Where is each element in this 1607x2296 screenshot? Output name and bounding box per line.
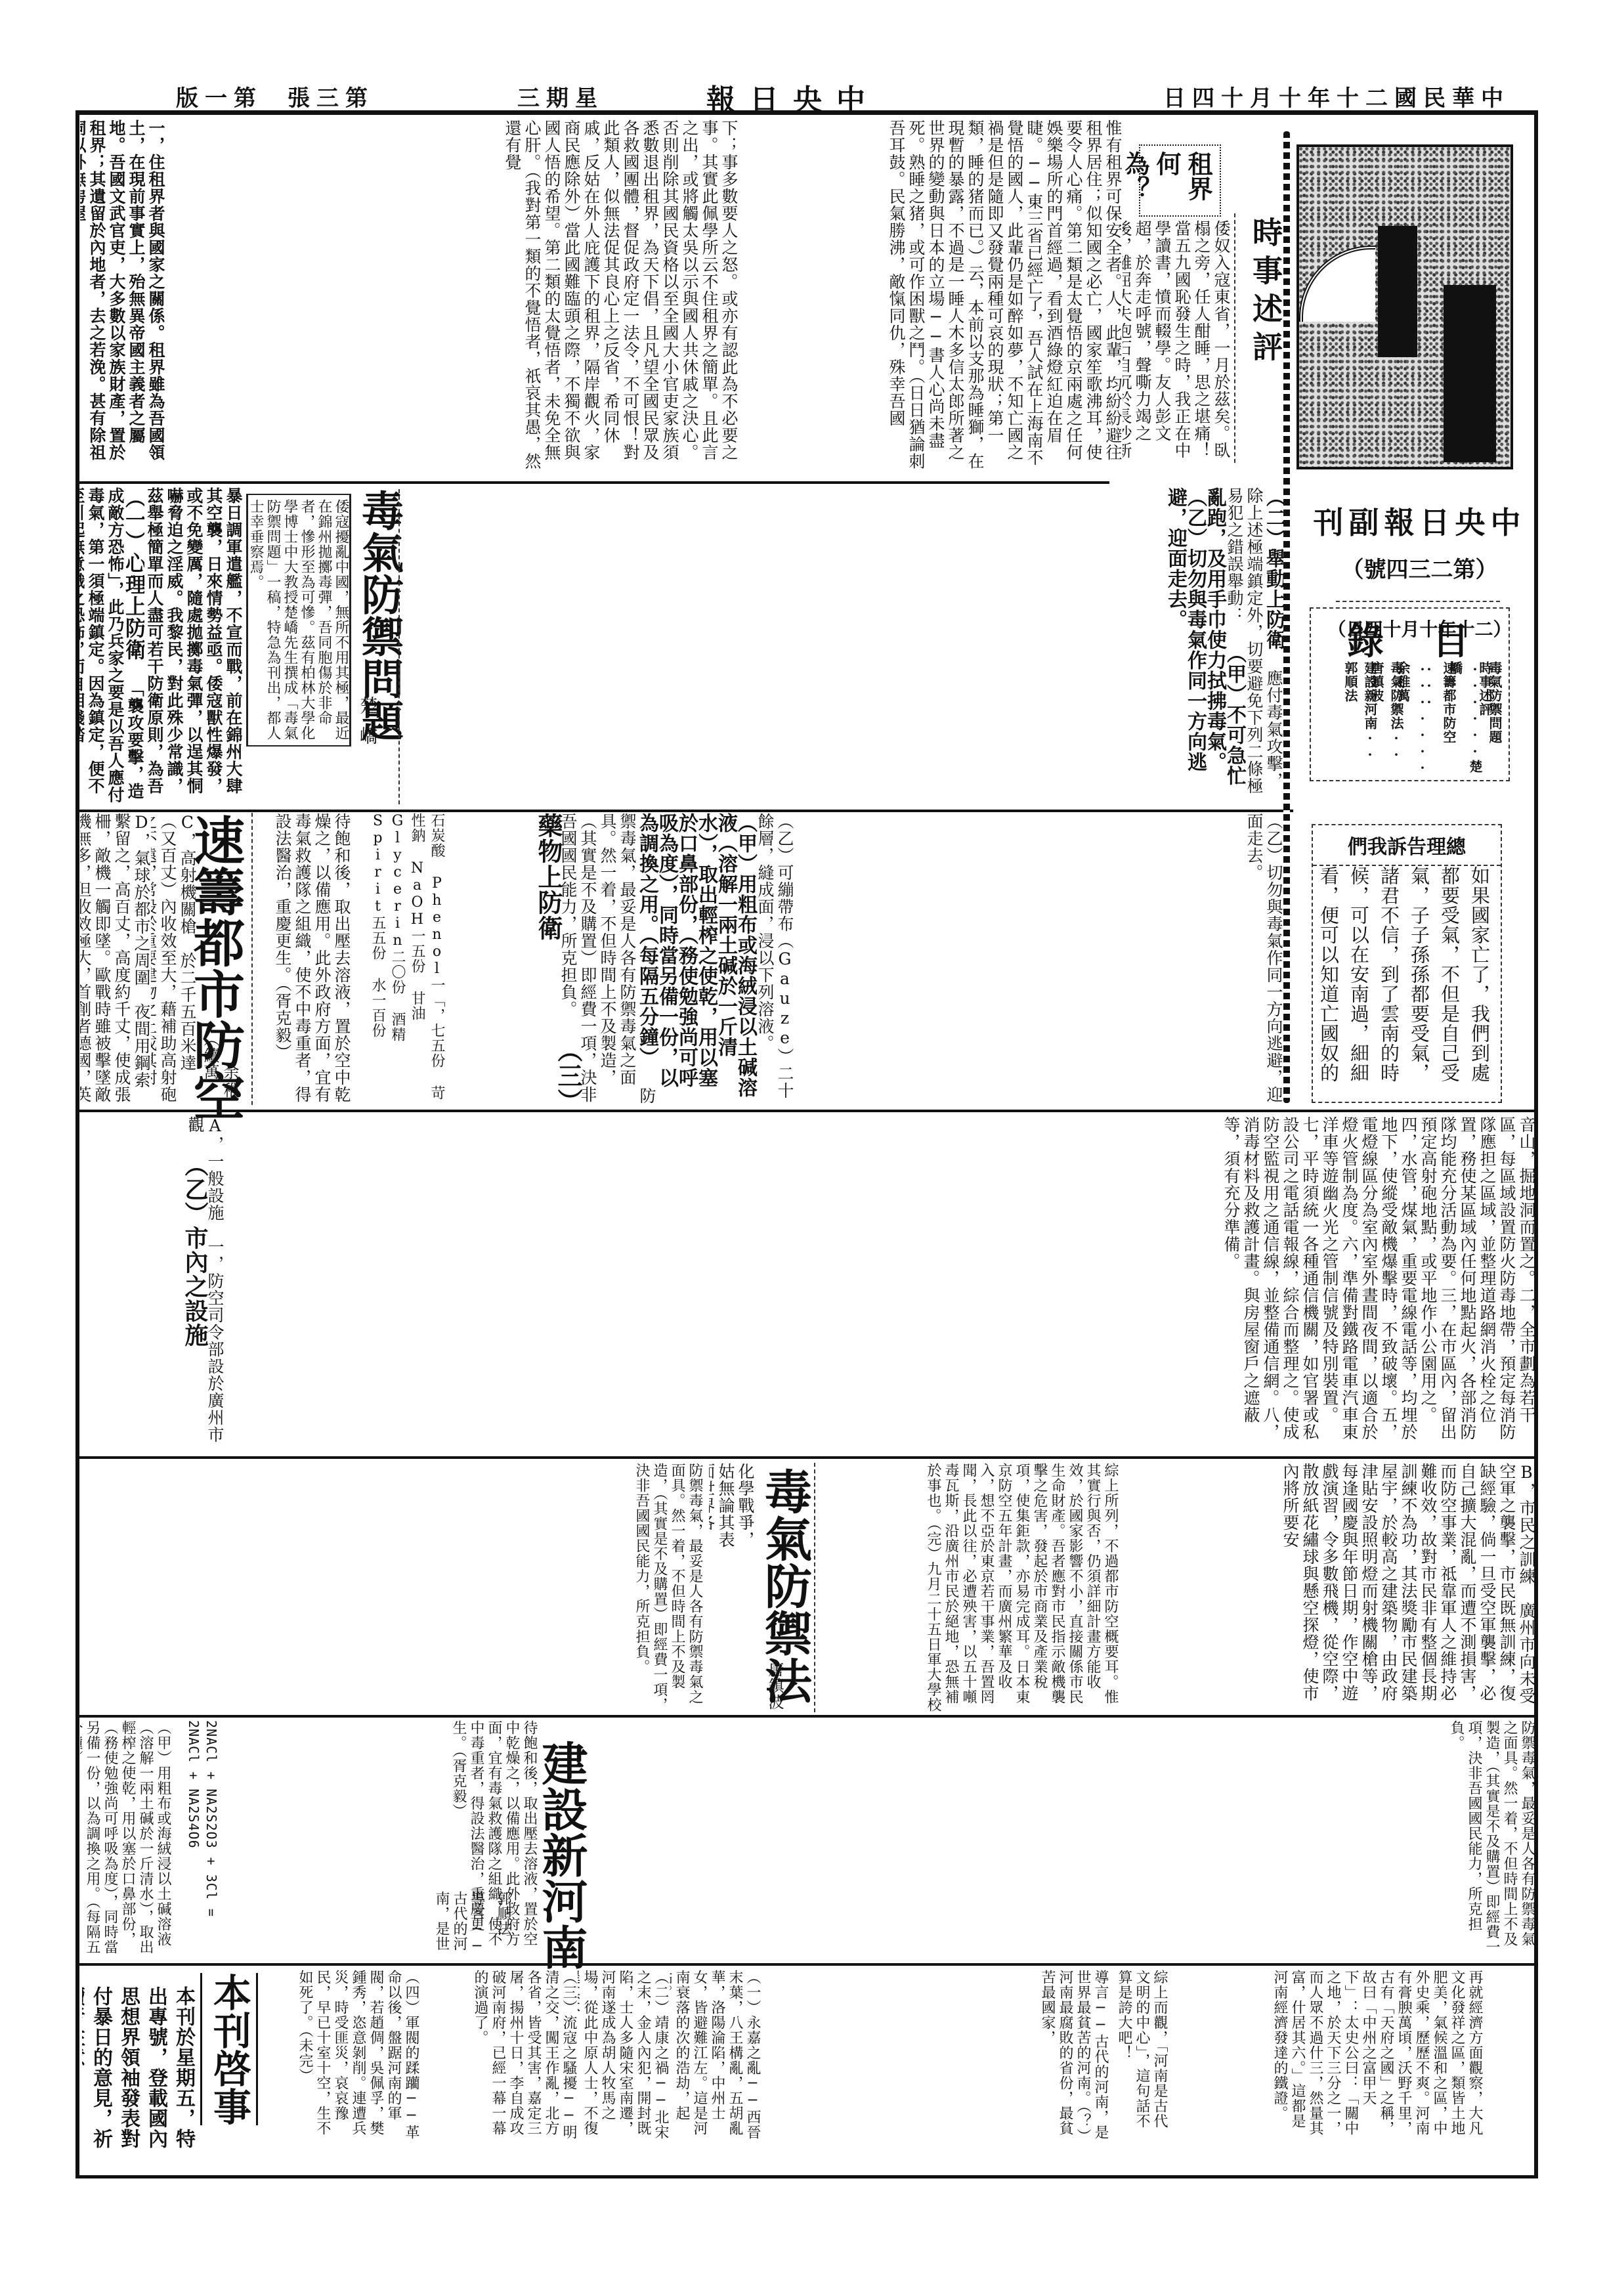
toc-item[interactable]: 建設新河南··郭順法: [1340, 661, 1380, 776]
air-defense-citizen-training: B，市民之訓練 廣州市向未受空軍之襲擊，市民既無訓練，復缺經驗，倘一旦受空軍襲擊…: [1123, 1463, 1536, 1712]
section-text: （乙）可繃帶布（Gauze）二十餘層，縫成面，浸以下列溶液。: [756, 813, 794, 1099]
gas-problem-author: 楚嶠: [358, 696, 377, 775]
commentary-subtitle-box: 租界何為？: [1139, 144, 1221, 217]
formula-amount: 五五份: [370, 915, 386, 961]
quote-title: 總理告訴我們: [1313, 831, 1501, 866]
gas-problem-editor-note: 倭寇擾亂中國，無所不用其極，最近在錦州拋擲毒彈，吾同胞傷於非命者，慘形至為可慘。…: [251, 499, 349, 742]
henan-body: 導言──古代的河南，是世界最貧苦的河南。（？）河南最腐敗的省份，最貧苦最國家，: [768, 1970, 1109, 2140]
formula-amount: 一五份: [409, 928, 425, 974]
air-defense-conclusion: 綜上所列，不過都市防空概要耳。惟其實行與否，仍須詳細計畫方能收效，於國家影響不小…: [817, 1463, 1119, 1712]
notice-title: 本刊啓事: [200, 1973, 258, 2125]
masthead-issue: （第二三四號）: [1303, 552, 1536, 584]
air-defense-para-d: D，氣球於都市之周圍 夜間用鋼索繫留之，高百丈，高度約千丈，使成張柵，敵機一觸即…: [80, 813, 151, 1105]
henan-economy: 再就經濟方面觀察，大凡文化發祥之區，類皆土地肥美，氣候溫和之區，中外史乘，歷歷不…: [1168, 1970, 1484, 2140]
toc-heading-right: 目: [1432, 613, 1469, 665]
cover-illustration: [1296, 144, 1513, 469]
illustration-arch: [1299, 246, 1375, 322]
row-divider: [79, 1963, 1536, 1966]
commentary-body-3: 惟有租界可保安全者。人，此輩，均紛紛避往租界居住；似知國之必亡，國家笙歌沸耳，使…: [742, 119, 1123, 477]
air-defense-author: 余稚萬: [200, 1064, 240, 1110]
gas-problem-continuation-2: （乙）切勿與毒氣作同一方向逃避，迎面走去。: [798, 813, 1283, 1105]
air-defense-section-b: A，一般設施 一，防空司令部設於廣州市觀 （乙）市內之設施: [80, 1116, 225, 1451]
henan-section-3: （三）流寇之騷擾──明清之交，闖王作亂，北方各省，皆受其害，嘉定三屠，揚州十日，…: [420, 1970, 578, 2140]
toc-heading-left: 錄: [1347, 613, 1384, 665]
commentary-subtitle: 租界何為？: [1148, 151, 1214, 213]
gas-problem-closing: 待飽和後，取出壓去溶液，置於空中乾燥之，以備應用。此外政府方面，宜有毒氣救護隊之…: [256, 813, 351, 1105]
column-divider: [1234, 213, 1237, 463]
henan-summary: 綜上而觀，「河南是古代文明的中心」，這句話不算是誇大吧！: [1116, 1970, 1168, 2140]
notice-box: 本刊啓事 本刊於星期五，特出專號，登載國內思想界領袖發表對付暴日的意見，祈讀者注…: [82, 1966, 269, 2163]
formula-amount: 二〇份: [389, 949, 406, 995]
row-divider: [79, 1456, 1536, 1459]
quote-box: 總理告訴我們 如果國家亡了，我們到處都要受氣，不但是自己受氣，子子孫孫都要受氣，…: [1312, 824, 1502, 1103]
section-text: （甲）用粗布或海絨浸以土碱溶液（溶解一兩土碱於一斤清水），取出輕榨之使乾，用以塞…: [635, 813, 757, 1098]
gas-method-intro: 化學戰爭，姑無論其表面世界各國，莫不重視: [709, 1463, 755, 1561]
column-divider: [251, 813, 254, 1105]
formula-amount: 一「，七五份: [429, 978, 445, 1068]
gas-formula: 石炭酸 Phenol一「，七五份 苛性鈉 NaOH一五份 甘油 Glycerin…: [354, 813, 446, 1105]
row-divider: [79, 1110, 1536, 1112]
masthead-title: 中央日報副刊: [1303, 499, 1536, 542]
gas-method-author: 唐鎮波: [765, 1661, 784, 1714]
air-defense-guangzhou-plan: 音山，掘地洞而置之。二，全市劃為若干區，每區域設置防火防毒地帶，預定每消防隊應担…: [226, 1116, 1536, 1451]
gas-method-body: 防禦毒氣，最妥是人各有防禦毒氣之面具。然一着，不但時間上不及製造，（其實是不及購…: [80, 1463, 704, 1712]
gas-problem-intro: 暴日調軍遣艦，不宣而戰，前在錦州大肆其空襲，日來情勢益亟。倭寇獸性爆發，或不免變…: [144, 487, 243, 806]
commentary-intro: 倭奴入寇東省，一月於茲矣。臥榻之旁，任人酣睡，思之堪痛！當五九國恥發生之時，我正…: [1123, 220, 1231, 473]
henan-section-2: （二）靖康之禍──北宋之末，金人內犯，開封既陷，士人多隨宋室南遷，河南遂成為胡人…: [578, 1970, 670, 2140]
row-divider: [79, 1715, 1536, 1718]
formula-amount: 一百份: [370, 993, 386, 1038]
row-divider: [79, 481, 1109, 484]
gas-method-continuation: 防禦毒氣，最妥是人各有防禦毒氣之面具。然一着，不但時間上不及製造，（其實是不及購…: [591, 1720, 1536, 1957]
toc-item-title: 建設新河南: [1362, 661, 1378, 730]
henan-title: 建設新河南: [535, 1740, 588, 1970]
masthead-rule: [1336, 601, 1500, 602]
toc-item-title: 毒氣防禦法: [1388, 661, 1404, 730]
gas-method-formula: 2NACl + NA2S2O3 + 3Cl = 2NACl + NA2S4O6: [174, 1720, 220, 1957]
air-defense-continued: （續）: [200, 1031, 220, 1064]
formula-ingredient: 水: [370, 978, 386, 993]
header-sheet: 第三張: [282, 80, 374, 106]
gas-method-continuation: （甲）用粗布或海絨浸以土碱溶液（溶解一兩土碱於一斤清水），取出輕榨之使乾，用以塞…: [80, 1720, 172, 1957]
header-date: 中華民國二十年十月十四日: [1083, 80, 1510, 106]
notice-text: 本刊於星期五，特出專號，登載國內思想界領袖發表對付暴日的意見，祈讀者注意！: [82, 1986, 197, 2157]
henan-lead: 導言──古代的河南，是世界最貧苦的河南。（？）河南最腐敗的省份，最貧苦最國家，: [433, 1891, 486, 1963]
column-divider: [398, 489, 401, 804]
toc-item-author: 郭順法: [1342, 661, 1358, 703]
commentary-section-title: 時事述評: [1244, 217, 1287, 369]
section-heading: （乙）市內之設施: [181, 1153, 209, 1347]
henan-section-4: （四）軍閥的蹂躪──革命以後，盤踞河南的軍閥，若趙倜，吳佩孚，樊鍾秀，恣意剝削。…: [276, 1970, 420, 2140]
header-paper-name: 中央日報: [709, 76, 880, 102]
column-divider: [814, 1463, 817, 1712]
header-page: 第一版: [171, 80, 263, 106]
header-weekday: 星期三: [512, 80, 604, 106]
henan-author: 郭順法: [486, 1891, 512, 1963]
gas-problem-continuation: （二）舉動上防衛 應付毒氣攻擊，除上述極端鎮定外，切要避免下列二條極易犯之錯誤舉…: [404, 487, 1283, 806]
section-text: （乙）切勿與毒氣作同一方向逃避，迎面走去。: [1164, 487, 1207, 772]
editor-note-box: 倭寇擾亂中國，無所不用其極，最近在錦州拋擲毒彈，吾同胞傷於非命者，慘形至為可慘。…: [246, 494, 351, 747]
commentary-body-2: 下；事多數要人之怒。或亦有認此為不必要之事。其實此佩學所云不住租界之簡單。且此言…: [167, 119, 739, 477]
section-heading: （一）心理上防衛: [122, 487, 144, 661]
toc-item-title: 毒氣防禦問題: [1487, 661, 1503, 744]
gas-section-3: （乙）可繃帶布（Gauze）二十餘層，縫成面，浸以下列溶液。 （甲）用粗布或海絨…: [450, 813, 794, 1105]
gas-problem-section-1: （一）心理上防衛 「襲攻要擊，造成敵方恐怖」，此乃兵家之要是以吾人應付毒氣，第一…: [79, 487, 144, 806]
section-heading: （二）舉動上防衛: [1262, 487, 1283, 650]
commentary-body-1: 一，住租界者與國家之關係。租界雖為吾國領土，在現前事實上，殆無異帝國主義者之屬地…: [80, 119, 165, 477]
quote-text: 如果國家亡了，我們到處都要受氣，不但是自己受氣，子子孫孫都要受氣，諸君不信，到了…: [1321, 866, 1495, 1099]
toc-item-title: 速籌都市防空: [1441, 661, 1457, 744]
illustration-figure: [1378, 226, 1417, 357]
row-divider: [79, 810, 1293, 812]
illustration-figure: [1444, 285, 1496, 462]
toc-box: 目 錄 時事述評 毒氣防禦問題······楚嶠 速籌都市防空··· ······…: [1310, 607, 1510, 781]
air-defense-para-c: C，高射機關槍 於二千五百米達（又百丈）內收效至大，藉補助高射砲之不遠，常設於重…: [151, 813, 197, 1105]
formula-ingredient: 石炭酸 Phenol: [429, 813, 445, 978]
henan-section-1: （一）永嘉之亂──西晉末葉，八王構亂，五胡亂華，洛陽淪陷，中州士女，皆避難江左。…: [670, 1970, 761, 2140]
